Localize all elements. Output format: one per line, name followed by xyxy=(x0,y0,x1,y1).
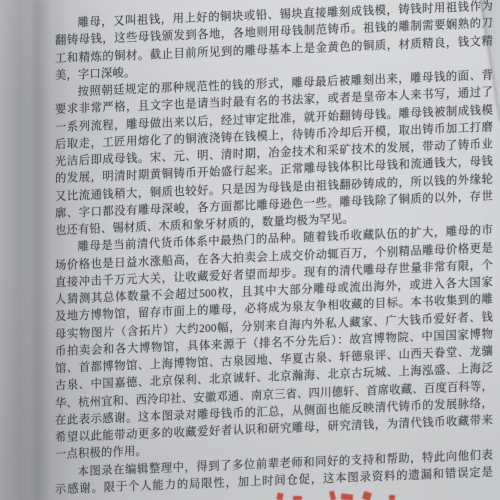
screenshot: 雕母，又叫祖钱，用上好的铜块或铅、锡块直接雕刻成钱模，铸钱时用祖钱作为 翻铸母钱… xyxy=(0,0,500,500)
page-text: 雕母，又叫祖钱，用上好的铜块或铅、锡块直接雕刻成钱模，铸钱时用祖钱作为 翻铸母钱… xyxy=(55,0,493,499)
